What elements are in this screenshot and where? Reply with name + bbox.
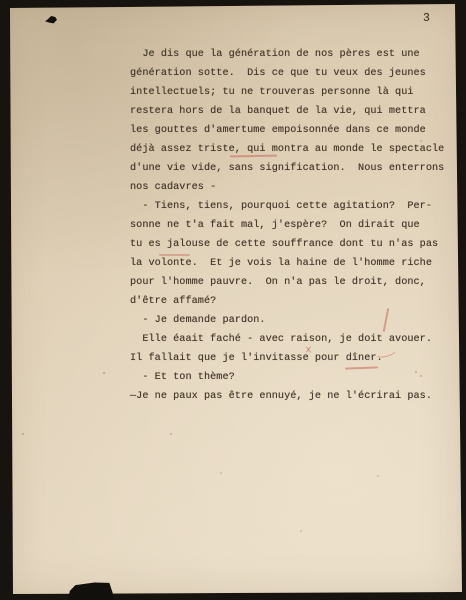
typed-line: - Et ton thème? [130,368,444,387]
page-number: 3 [423,12,430,25]
paper-sheet: 3 Je dis que la génération de nos pères … [0,0,466,600]
manuscript-photo: 3 Je dis que la génération de nos pères … [0,0,466,600]
paper-speck [220,472,222,474]
typed-line: Je dis que la génération de nos pères es… [130,45,444,64]
paper-speck [103,372,105,374]
typed-line: Elle éaait faché - avec raison, je doit … [130,330,444,349]
red-pencil-dot [420,375,422,377]
typed-line: tu es jalouse de cette souffrance dont t… [130,235,444,254]
typed-line: d'une vie vide, sans signification. Nous… [130,159,444,178]
typed-line: Il fallait que je l'invitasse pour dîner… [130,349,444,368]
typed-line: - Tiens, tiens, pourquoi cette agitation… [130,197,444,216]
typed-line: nos cadavres - [130,178,444,197]
red-pencil-dot [415,371,417,373]
typed-line: —Je ne paux pas être ennuyé, je ne l'écr… [130,387,444,406]
typed-line: intellectuels; tu ne trouveras personne … [130,83,444,102]
typed-line: la volonte. Et je vois la haine de l'hom… [130,254,444,273]
typed-line: déjà assez triste, qui montra au monde l… [130,140,444,159]
typed-line: d'être affamé? [130,292,444,311]
red-pencil-caret [304,346,312,353]
typed-line: sonne ne t'a fait mal, j'espère? On dira… [130,216,444,235]
typed-text-block: Je dis que la génération de nos pères es… [130,45,444,406]
typed-line: restera hors de la banquet de la vie, qu… [130,102,444,121]
paper-speck [170,433,172,435]
paper-speck [22,433,24,435]
typed-line: génération sotte. Dis ce que tu veux des… [130,64,444,83]
paper-speck [420,140,422,142]
typed-line: pour l'homme pauvre. On n'a pas le droit… [130,273,444,292]
typed-line: les gouttes d'amertume empoisonnée dans … [130,121,444,140]
red-pencil-underline [159,254,190,256]
paper-speck [300,530,302,532]
paper-speck [377,475,379,477]
ink-blot-icon [45,15,58,24]
typed-line: - Je demande pardon. [130,311,444,330]
